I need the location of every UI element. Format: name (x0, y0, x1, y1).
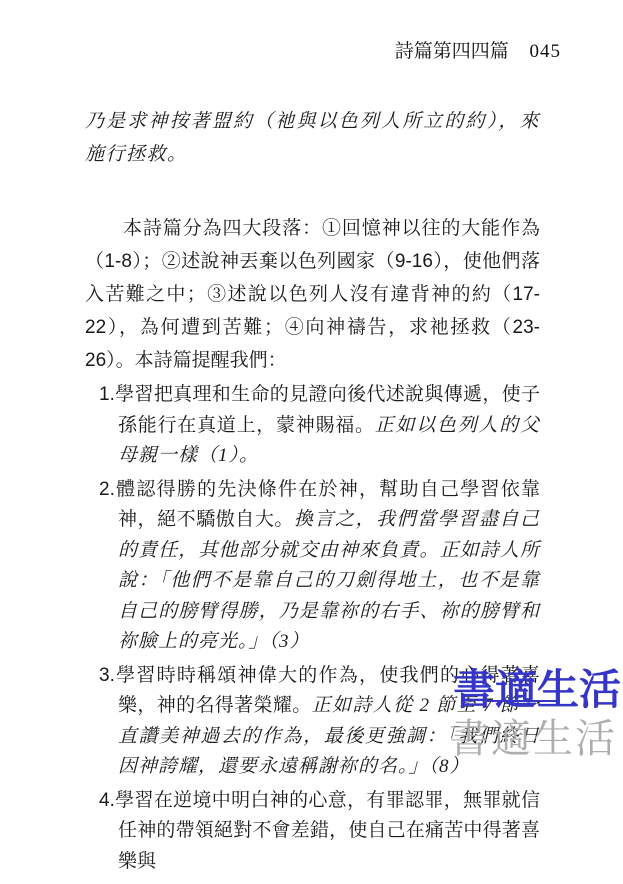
item-text: 學習在逆境中明白神的心意，有罪認罪，無罪就信任神的帶領絕對不會差錯，使自己在痛苦… (115, 790, 540, 872)
item-quote: 換言之，我們當學習盡自己的責任，其他部分就交由神來負責。正如詩人所說：「他們不是… (118, 509, 540, 652)
item-number: 4. (99, 790, 115, 811)
overview-paragraph: 本詩篇分為四大段落：①回憶神以往的大能作為（1-8）；②述說神丟棄以色列國家（9… (85, 212, 540, 377)
numbered-list: 1.學習把真理和生命的見證向後代述說與傳遞，使子孫能行在真道上，蒙神賜福。正如以… (99, 380, 540, 877)
item-number: 2. (99, 479, 115, 500)
page-number: 045 (530, 41, 562, 62)
book-page: 詩篇第四四篇 045 乃是求神按著盟約（祂與以色列人所立的約），來施行拯救。 本… (0, 0, 623, 884)
continuation-paragraph: 乃是求神按著盟約（祂與以色列人所立的約），來施行拯救。 (85, 105, 540, 171)
list-item-2: 2.體認得勝的先決條件在於神，幫助自己學習依靠神，絕不驕傲自大。換言之，我們當學… (99, 475, 540, 658)
watermark-underline (487, 700, 559, 702)
page-content: 乃是求神按著盟約（祂與以色列人所立的約），來施行拯救。 本詩篇分為四大段落：①回… (85, 105, 540, 877)
running-head-title: 詩篇第四四篇 (395, 41, 509, 62)
list-item-4: 4.學習在逆境中明白神的心意，有罪認罪，無罪就信任神的帶領絕對不會差錯，使自己在… (99, 786, 540, 878)
running-header: 詩篇第四四篇 045 (85, 36, 561, 63)
item-number: 1. (99, 384, 115, 405)
list-item-1: 1.學習把真理和生命的見證向後代述說與傳遞，使子孫能行在真道上，蒙神賜福。正如以… (99, 380, 540, 472)
list-item-3: 3.學習時時稱頌神偉大的作為，使我們的心得著喜樂，神的名得著榮耀。正如詩人從 2… (99, 661, 540, 783)
item-number: 3. (99, 665, 115, 686)
